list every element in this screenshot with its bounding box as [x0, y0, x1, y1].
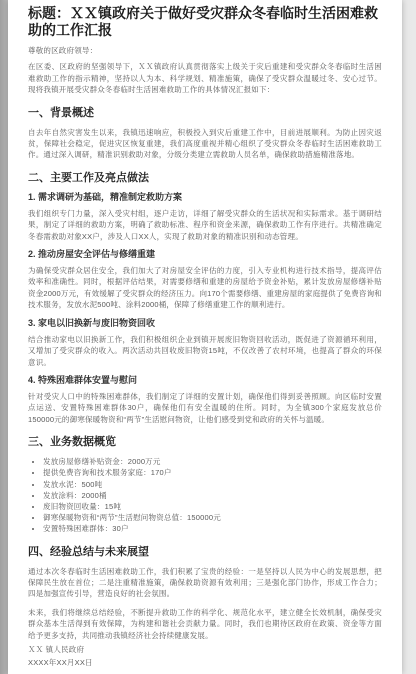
list-item-warm-supplies-value: 御寒保暖物资和“两节”生活慰问物资总值：150000元	[43, 512, 382, 523]
subsection-paragraph-1: 我们组织专门力量，深入受灾村组，逐户走访，详细了解受灾群众的生活状况和实际需求。…	[28, 208, 382, 242]
document-title: 标题：ＸＸ镇政府关于做好受灾群众冬春临时生活困难救助的工作汇报	[28, 5, 382, 38]
subsection-paragraph-3: 结合推动家电以旧换新工作，我们积极组织企业到镇开展废旧物资回收活动，既促进了资源…	[28, 334, 382, 368]
list-item-recycled-materials: 废旧物资回收量：15吨	[43, 501, 382, 512]
data-overview-list: 发放房屋修缮补贴资金：2000万元 提供免费咨询和技术服务家庭：170户 发放水…	[28, 456, 382, 534]
section-background-paragraph: 自去年自然灾害发生以来，我镇迅速响应，积极投入到灾后重建工作中，目前进展顺利。为…	[28, 127, 382, 161]
section-heading-main-work: 二、主要工作及亮点做法	[28, 168, 382, 185]
list-item-subsidy-funds: 发放房屋修缮补贴资金：2000万元	[43, 456, 382, 467]
section-heading-data-overview: 三、业务数据概览	[28, 432, 382, 449]
summary-paragraph-2: 未来，我们将继续总结经验，不断提升救助工作的科学化、规范化水平，建立健全长效机制…	[28, 607, 382, 641]
subsection-paragraph-4: 针对受灾人口中的特殊困难群体，我们制定了详细的安置计划，确保他们得到妥善照顾。向…	[28, 391, 382, 425]
document-card: 标题：ＸＸ镇政府关于做好受灾群众冬春临时生活困难救助的工作汇报 尊敬的区政府领导…	[8, 0, 402, 674]
list-item-paint: 发放涂料：2000桶	[43, 490, 382, 501]
subsection-heading-2: 2. 推动房屋安全评估与修缮重建	[28, 249, 382, 260]
section-heading-background: 一、背景概述	[28, 103, 382, 120]
summary-paragraph-1: 通过本次冬春临时生活困难救助工作，我们积累了宝贵的经验：一是坚持以人民为中心的发…	[28, 566, 382, 600]
list-item-cement: 发放水泥：500吨	[43, 479, 382, 490]
subsection-heading-3: 3. 家电以旧换新与废旧物资回收	[28, 318, 382, 329]
subsection-heading-1: 1. 需求调研为基础，精准制定救助方案	[28, 192, 382, 203]
signature-org: ＸＸ 镇人民政府	[28, 644, 382, 655]
signature-date: XXXX年XX月XX日	[28, 657, 382, 668]
intro-paragraph: 在区委、区政府的坚强领导下，ＸＸ镇政府认真贯彻落实上级关于灾后重建和受灾群众冬春…	[28, 61, 382, 95]
page-background: { "colors": { "page_background": "#d9d9d…	[0, 0, 416, 674]
subsection-paragraph-2: 为确保受灾群众居住安全，我们加大了对房屋安全评估的力度，引入专业机构进行技术指导…	[28, 265, 382, 311]
list-item-resettled-households: 安置特殊困难群体：30户	[43, 523, 382, 534]
subsection-heading-4: 4. 特殊困难群体安置与慰问	[28, 375, 382, 386]
greeting: 尊敬的区政府领导：	[28, 45, 382, 56]
section-heading-summary-outlook: 四、经验总结与未来展望	[28, 542, 382, 559]
list-item-service-families: 提供免费咨询和技术服务家庭：170户	[43, 467, 382, 478]
